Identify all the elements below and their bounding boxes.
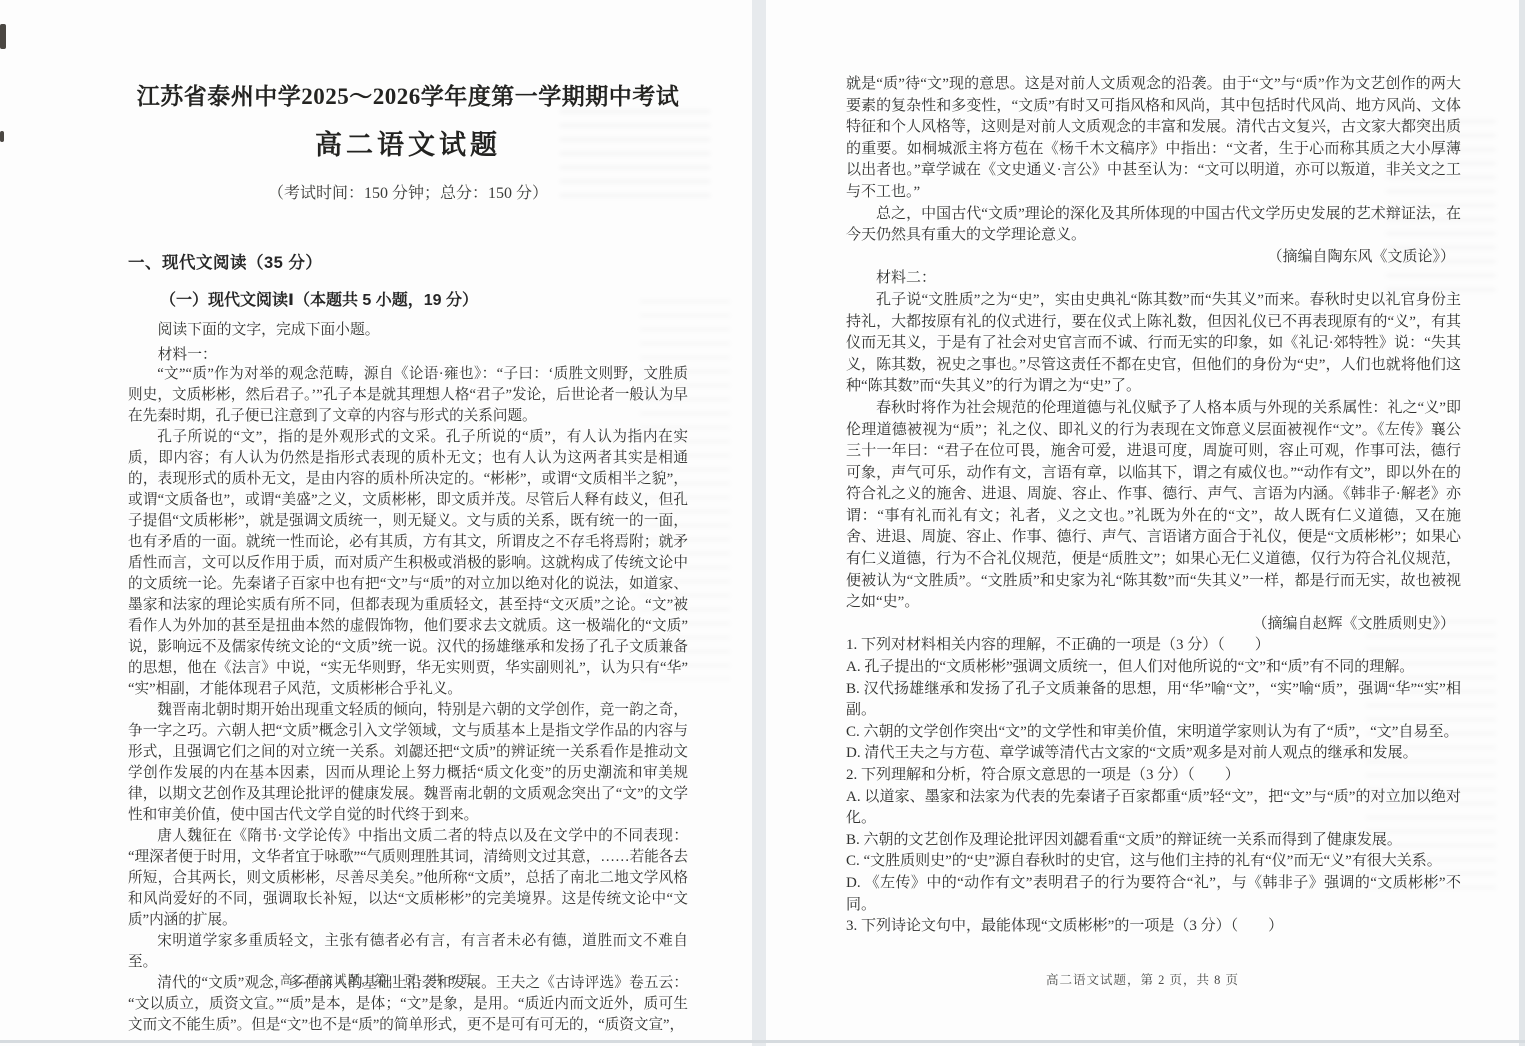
scanned-exam-paper: 江苏省泰州中学2025～2026学年度第一学期期中考试 高二语文试题 （考试时间… — [0, 0, 1525, 1046]
material-1-paragraph: “文”“质”作为对举的观念范畴，源自《论语·雍也》：“子曰：‘质胜文则野，文胜质… — [128, 364, 688, 427]
material-1-paragraph: 宋明道学家多重质轻文，主张有德者必有言，有言者未必有德，道胜而文不难自至。 — [128, 931, 688, 973]
question-2-option-b: B. 六朝的文艺创作及理论批评因刘勰看重“文质”的辩证统一关系而得到了健康发展。 — [846, 830, 1461, 852]
question-3-stem: 3. 下列诗论文句中，最能体现“文质彬彬”的一项是（3 分）（ ） — [846, 916, 1461, 938]
scan-edge-mark — [0, 24, 6, 49]
question-1-option-c: C. 六朝的文学创作突出“文”的文学性和审美价值，宋明道学家则认为有了“质”，“… — [846, 722, 1461, 744]
question-2-stem: 2. 下列理解和分析，符合原文意思的一项是（3 分）（ ） — [846, 765, 1461, 787]
material-1-paragraph: 魏晋南北朝时期开始出现重文轻质的倾向，特别是六朝的文学创作，竞一韵之奇，争一字之… — [128, 700, 688, 826]
question-2-option-c: C. “文胜质则史”的“史”源自春秋时的史官，这与他们主持的礼有“仪”而无“义”… — [846, 851, 1461, 873]
exam-title: 江苏省泰州中学2025～2026学年度第一学期期中考试 — [128, 78, 688, 111]
page-2-content: 就是“质”待“文”现的意思。这是对前人文质观念的沿袭。由于“文”与“质”作为文艺… — [846, 74, 1461, 938]
exam-subtitle: 高二语文试题 — [128, 123, 688, 162]
page-gutter — [752, 0, 766, 1046]
page-1: 江苏省泰州中学2025～2026学年度第一学期期中考试 高二语文试题 （考试时间… — [0, 0, 753, 1046]
material-2-paragraph: 孔子说“文胜质”之为“史”，实由史典礼“陈其数”而“失其义”而来。春秋时史以礼官… — [846, 290, 1461, 398]
material-1-continuation-paragraph: 就是“质”待“文”现的意思。这是对前人文质观念的沿袭。由于“文”与“质”作为文艺… — [846, 74, 1461, 204]
question-1-option-a: A. 孔子提出的“文质彬彬”强调文质统一，但人们对他所说的“文”和“质”有不同的… — [846, 657, 1461, 679]
reading-instruction: 阅读下面的文字，完成下面小题。 — [128, 318, 688, 339]
exam-info: （考试时间：150 分钟；总分：150 分） — [128, 180, 688, 203]
question-2-option-d: D. 《左传》中的“动作有文”表明君子的行为要符合“礼”，与《韩非子》强调的“文… — [846, 873, 1461, 916]
page-1-content: 江苏省泰州中学2025～2026学年度第一学期期中考试 高二语文试题 （考试时间… — [128, 78, 688, 1036]
material-1-paragraph: 孔子所说的“文”，指的是外观形式的文采。孔子所说的“质”，有人认为指内在实质，即… — [128, 427, 688, 700]
question-1-option-b: B. 汉代扬雄继承和发扬了孔子文质兼备的思想，用“华”喻“文”，“实”喻“质”，… — [846, 679, 1461, 722]
material-2-label: 材料二： — [846, 268, 1461, 290]
subsection-heading-reading-1: （一）现代文阅读Ⅰ（本题共 5 小题，19 分） — [128, 287, 688, 310]
page-2-footer: 高二语文试题，第 2 页，共 8 页 — [766, 970, 1519, 988]
material-1-paragraph: 唐人魏征在《隋书·文学论传》中指出文质二者的特点以及在文学中的不同表现：“理深者… — [128, 826, 688, 931]
scan-bottom-edge — [0, 1040, 1525, 1043]
question-1-stem: 1. 下列对材料相关内容的理解，不正确的一项是（3 分）（ ） — [846, 635, 1461, 657]
question-2-option-a: A. 以道家、墨家和法家为代表的先秦诸子百家都重“质”轻“文”，把“文”与“质”… — [846, 787, 1461, 830]
page-1-footer: 高二语文试题，第 1 页，共 8 页 — [0, 970, 753, 988]
scan-right-edge — [1519, 0, 1525, 1046]
section-heading-modern-reading: 一、现代文阅读（35 分） — [128, 249, 688, 273]
material-1-label: 材料一： — [128, 343, 688, 364]
scan-edge-mark — [0, 131, 4, 142]
material-2-attribution: （摘编自赵辉《文胜质则史》） — [846, 614, 1455, 636]
material-2-paragraph: 春秋时将作为社会规范的伦理道德与礼仪赋予了人格本质与外现的关系属性：礼之“义”即… — [846, 398, 1461, 614]
page-2: 就是“质”待“文”现的意思。这是对前人文质观念的沿袭。由于“文”与“质”作为文艺… — [766, 0, 1519, 1046]
material-1-attribution: （摘编自陶东风《文质论》） — [846, 247, 1455, 269]
question-1-option-d: D. 清代王夫之与方苞、章学诚等清代古文家的“文质”观多是对前人观点的继承和发展… — [846, 743, 1461, 765]
material-1-conclusion-paragraph: 总之，中国古代“文质”理论的深化及其所体现的中国古代文学历史发展的艺术辩证法，在… — [846, 204, 1461, 247]
